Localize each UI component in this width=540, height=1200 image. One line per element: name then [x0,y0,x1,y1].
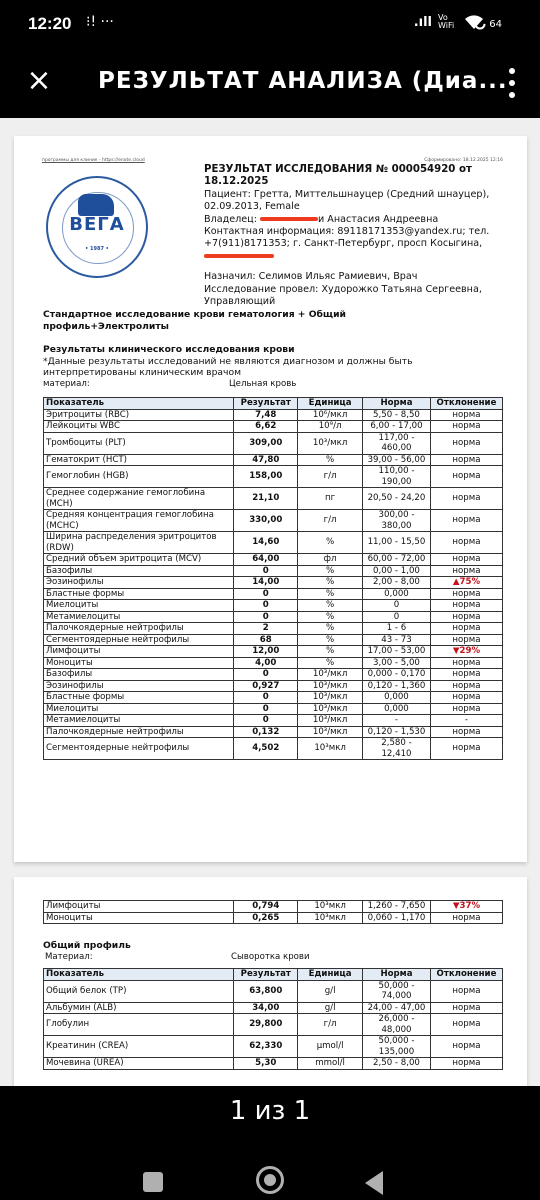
cell-unit: 10³/мкл [298,692,363,704]
cell-unit: 10³/мкл [298,726,363,738]
cell-unit: 10³/мкл [298,680,363,692]
cell-unit: % [298,454,363,466]
cell-name: Лейкоциты WBC [44,421,234,433]
cell-result: 0,132 [234,726,298,738]
cell-result: 158,00 [234,466,298,488]
cell-name: Гематокрит (HCT) [44,454,234,466]
table-row: Бластные формы010³/мкл0,000норма [44,692,503,704]
pdf-page-2: Лимфоциты0,79410³мкл1,260 - 7,650▼37%Мон… [14,877,527,1086]
cell-result: 4,00 [234,657,298,669]
table-row: Средний объем эритроцита (MCV)64,00фл60,… [44,554,503,566]
cell-name: Тромбоциты (PLT) [44,432,234,454]
cell-name: Палочкоядерные нейтрофилы [44,726,234,738]
cell-name: Ширина распределения эритроцитов (RDW) [44,532,234,554]
cell-norm: 5,50 - 8,50 [363,409,431,421]
cell-name: Моноциты [44,912,234,924]
cell-result: 12,00 [234,646,298,658]
logo-year: • 1987 • [48,246,146,252]
owner-info: Владелец: и Анастасия Андреевна [204,214,514,226]
status-bar: 12:20 ⁝! ··· .ıll Vo WiFi 64 [0,0,540,50]
cell-result: 0 [234,600,298,612]
notification-icons: ⁝! ··· [86,14,114,30]
cell-unit: % [298,634,363,646]
cell-dev: норма [430,1014,502,1036]
cell-dev: норма [430,588,502,600]
cell-unit: 10⁶/мкл [298,409,363,421]
redaction-mark [260,217,318,221]
cell-result: 330,00 [234,510,298,532]
contact-info-2: +7(911)8171353; г. Санкт-Петербург, прос… [204,238,514,250]
cell-norm: 43 - 73 [363,634,431,646]
profile-results-table: ПоказательРезультатЕдиницаНормаОтклонени… [43,968,503,1070]
recents-button[interactable] [143,1172,163,1192]
cell-norm: 17,00 - 53,00 [363,646,431,658]
address-redacted [204,251,514,263]
battery-level: 64 [489,19,502,30]
table-row: Гематокрит (HCT)47,80%39,00 - 56,00норма [44,454,503,466]
cell-result: 29,800 [234,1014,298,1036]
cell-dev: норма [430,600,502,612]
cell-result: 14,60 [234,532,298,554]
cell-result: 7,48 [234,409,298,421]
signal-icon: .ıll [414,15,432,30]
section-title: Результаты клинического исследования кро… [43,344,412,356]
dog-silhouette-icon [78,194,114,216]
cell-result: 64,00 [234,554,298,566]
cell-unit: % [298,577,363,589]
study-title: Стандартное исследование крови гематолог… [43,309,346,332]
cell-unit: 10³/мкл [298,703,363,715]
cell-norm: 1,260 - 7,650 [363,901,431,913]
cell-dev: норма [430,565,502,577]
cell-name: Палочкоядерные нейтрофилы [44,623,234,635]
column-header: Норма [363,398,431,410]
cell-result: 62,330 [234,1036,298,1058]
cell-result: 309,00 [234,432,298,454]
formed-date: Сформировано: 18.12.2025 12:16 [424,158,503,163]
table-row: Базофилы010³/мкл0,000 - 0,170норма [44,669,503,681]
cell-unit: г/л [298,1014,363,1036]
table-row: Глобулин29,800г/л26,000 - 48,000норма [44,1014,503,1036]
cell-result: 6,62 [234,421,298,433]
report-date: 18.12.2025 [204,176,514,188]
program-link[interactable]: программы для клиник - https://enote.clo… [42,158,145,163]
table-row: Средняя концентрация гемоглобина (MCHC)3… [44,510,503,532]
cell-norm: 3,00 - 5,00 [363,657,431,669]
cell-norm: 1 - 6 [363,623,431,635]
logo-name: ВЕГА [48,214,146,235]
cell-name: Бластные формы [44,588,234,600]
bottom-bar: 1 из 1 [0,1086,540,1200]
cell-result: 0,794 [234,901,298,913]
cell-dev: норма [430,703,502,715]
cell-dev: норма [430,738,502,760]
cell-name: Эритроциты (RBC) [44,409,234,421]
cell-result: 21,10 [234,488,298,510]
cell-unit: % [298,588,363,600]
disclaimer: *Данные результаты исследований не являю… [43,356,412,368]
cell-dev: норма [430,611,502,623]
table-row: Альбумин (ALB)34,00g/l24,00 - 47,00норма [44,1002,503,1014]
cell-result: 0 [234,715,298,727]
cell-norm: 0,060 - 1,170 [363,912,431,924]
cell-dev: норма [430,554,502,566]
column-header: Показатель [44,398,234,410]
blood-results-table: ПоказательРезультатЕдиницаНормаОтклонени… [43,397,503,760]
cell-dev: ▼37% [430,901,502,913]
cell-unit: % [298,611,363,623]
cell-result: 68 [234,634,298,646]
section-general-profile: Общий профиль Материал: Сыворотка крови [43,940,310,963]
cell-norm: 0,120 - 1,360 [363,680,431,692]
table-row: Общий белок (TP)63,800g/l50,000 - 74,000… [44,980,503,1002]
cell-result: 0 [234,669,298,681]
table-row: Палочкоядерные нейтрофилы2%1 - 6норма [44,623,503,635]
cell-name: Моноциты [44,657,234,669]
more-options-button[interactable] [508,68,516,98]
cell-unit: г/л [298,510,363,532]
cell-unit: 10⁹/л [298,421,363,433]
cell-dev: норма [430,488,502,510]
column-header: Норма [363,969,431,981]
cell-dev: норма [430,466,502,488]
cell-unit: 10³мкл [298,901,363,913]
table-row: Базофилы0%0,00 - 1,00норма [44,565,503,577]
cell-name: Лимфоциты [44,646,234,658]
cell-unit: г/л [298,466,363,488]
document-title: РЕЗУЛЬТАТ АНАЛИЗА (Диа... [98,68,508,94]
table-row: Бластные формы0%0,000норма [44,588,503,600]
cell-norm: 2,50 - 8,00 [363,1058,431,1070]
cell-dev: норма [430,1058,502,1070]
table-row: Сегментоядерные нейтрофилы4,50210³мкл2,5… [44,738,503,760]
close-icon: × [26,63,51,98]
cell-result: 2 [234,623,298,635]
cell-norm: 0 [363,600,431,612]
cell-norm: 20,50 - 24,20 [363,488,431,510]
cell-name: Базофилы [44,565,234,577]
table-row: Лимфоциты0,79410³мкл1,260 - 7,650▼37% [44,901,503,913]
cell-dev: норма [430,421,502,433]
cell-dev: - [430,715,502,727]
cell-result: 63,800 [234,980,298,1002]
cell-name: Лимфоциты [44,901,234,913]
cell-unit: 10³мкл [298,738,363,760]
table-row: Эритроциты (RBC)7,4810⁶/мкл5,50 - 8,50но… [44,409,503,421]
blood-results-table-continued: Лимфоциты0,79410³мкл1,260 - 7,650▼37%Мон… [43,900,503,924]
cell-dev: ▲75% [430,577,502,589]
cell-dev: норма [430,623,502,635]
table-row: Сегментоядерные нейтрофилы68%43 - 73норм… [44,634,503,646]
cell-unit: пг [298,488,363,510]
battery-icon: 64 [474,18,502,30]
cell-dev: норма [430,432,502,454]
cell-unit: 10³/мкл [298,432,363,454]
cell-dev: норма [430,680,502,692]
cell-name: Креатинин (CREA) [44,1036,234,1058]
redaction-mark [204,254,274,258]
cell-dev: норма [430,912,502,924]
cell-name: Сегментоядерные нейтрофилы [44,738,234,760]
cell-norm: 24,00 - 47,00 [363,1002,431,1014]
cell-name: Гемоглобин (HGB) [44,466,234,488]
material-row: материал: Цельная кровь [43,379,412,391]
table-row: Палочкоядерные нейтрофилы0,13210³/мкл0,1… [44,726,503,738]
cell-name: Общий белок (TP) [44,980,234,1002]
cell-name: Бластные формы [44,692,234,704]
clinic-logo: ВЕГА • 1987 • [46,176,148,278]
cell-norm: 0 [363,611,431,623]
cell-result: 0 [234,565,298,577]
pdf-viewer[interactable]: программы для клиник - https://enote.clo… [0,118,540,1086]
table-row: Лимфоциты12,00%17,00 - 53,00▼29% [44,646,503,658]
cell-result: 0 [234,692,298,704]
cell-name: Сегментоядерные нейтрофилы [44,634,234,646]
cell-unit: mmol/l [298,1058,363,1070]
cell-norm: 0,000 [363,588,431,600]
cell-dev: норма [430,726,502,738]
cell-dev: норма [430,454,502,466]
cell-name: Метамиелоциты [44,611,234,623]
table-row: Метамиелоциты010³/мкл-- [44,715,503,727]
section-clinical: Результаты клинического исследования кро… [43,344,412,390]
cell-result: 34,00 [234,1002,298,1014]
column-header: Показатель [44,969,234,981]
cell-unit: % [298,623,363,635]
cell-dev: норма [430,1002,502,1014]
cell-unit: 10³/мкл [298,669,363,681]
cell-norm: 300,00 - 380,00 [363,510,431,532]
cell-result: 0,265 [234,912,298,924]
cell-dev: норма [430,692,502,704]
table-row: Лейкоциты WBC6,6210⁹/л6,00 - 17,00норма [44,421,503,433]
cell-norm: 2,00 - 8,00 [363,577,431,589]
pdf-page-1: программы для клиник - https://enote.clo… [14,136,527,862]
table-row: Метамиелоциты0%0норма [44,611,503,623]
cell-norm: 26,000 - 48,000 [363,1014,431,1036]
material-row: Материал: Сыворотка крови [43,952,310,964]
cell-name: Метамиелоциты [44,715,234,727]
dot-icon [509,68,515,74]
column-header: Отклонение [430,398,502,410]
back-button[interactable] [365,1171,383,1195]
table-row: Гемоглобин (HGB)158,00г/л110,00 - 190,00… [44,466,503,488]
cell-result: 5,30 [234,1058,298,1070]
table-row: Моноциты4,00%3,00 - 5,00норма [44,657,503,669]
cell-norm: - [363,715,431,727]
vowifi-icon: Vo WiFi [438,14,458,30]
cell-norm: 0,120 - 1,530 [363,726,431,738]
cell-unit: % [298,657,363,669]
table-header: ПоказательРезультатЕдиницаНормаОтклонени… [44,398,503,410]
cell-name: Эозинофилы [44,577,234,589]
cell-dev: норма [430,657,502,669]
cell-result: 0 [234,611,298,623]
cell-unit: фл [298,554,363,566]
performed-by-2: Управляющий [204,296,514,308]
clock: 12:20 [28,14,71,34]
cell-unit: 10³/мкл [298,715,363,727]
close-button[interactable]: × [24,64,54,98]
cell-unit: 10³мкл [298,912,363,924]
column-header: Единица [298,969,363,981]
table-row: Миелоциты0%0норма [44,600,503,612]
table-header: ПоказательРезультатЕдиницаНормаОтклонени… [44,969,503,981]
cell-dev: норма [430,1036,502,1058]
patient-info-2: 02.09.2013, Female [204,201,514,213]
cell-result: 14,00 [234,577,298,589]
cell-unit: % [298,600,363,612]
report-title: РЕЗУЛЬТАТ ИССЛЕДОВАНИЯ № 000054920 от [204,164,514,176]
cell-name: Эозинофилы [44,680,234,692]
table-row: Миелоциты010³/мкл0,000норма [44,703,503,715]
cell-name: Мочевина (UREA) [44,1058,234,1070]
table-row: Ширина распределения эритроцитов (RDW)14… [44,532,503,554]
page-indicator: 1 из 1 [0,1096,540,1126]
cell-dev: норма [430,510,502,532]
table-row: Среднее содержание гемоглобина (MCH)21,1… [44,488,503,510]
cell-dev: норма [430,669,502,681]
cell-norm: 0,000 - 0,170 [363,669,431,681]
contact-info: Контактная информация: 89118171353@yande… [204,226,514,238]
cell-norm: 6,00 - 17,00 [363,421,431,433]
home-button[interactable] [256,1166,284,1194]
cell-name: Миелоциты [44,703,234,715]
cell-unit: % [298,565,363,577]
table-row: Тромбоциты (PLT)309,0010³/мкл117,00 - 46… [44,432,503,454]
cell-result: 0 [234,703,298,715]
column-header: Единица [298,398,363,410]
disclaimer-2: интерпретированы клиническим врачом [43,367,412,379]
table-row: Эозинофилы14,00%2,00 - 8,00▲75% [44,577,503,589]
cell-norm: 60,00 - 72,00 [363,554,431,566]
assigned-by: Назначил: Селимов Ильяс Рамиевич, Врач [204,271,514,283]
cell-dev: норма [430,532,502,554]
cell-unit: % [298,646,363,658]
cell-dev: ▼29% [430,646,502,658]
cell-dev: норма [430,634,502,646]
column-header: Отклонение [430,969,502,981]
cell-result: 47,80 [234,454,298,466]
cell-unit: µmol/l [298,1036,363,1058]
cell-norm: 39,00 - 56,00 [363,454,431,466]
cell-norm: 2,580 - 12,410 [363,738,431,760]
column-header: Результат [234,969,298,981]
cell-result: 4,502 [234,738,298,760]
dot-icon [509,80,515,86]
cell-norm: 110,00 - 190,00 [363,466,431,488]
cell-dev: норма [430,409,502,421]
cell-norm: 117,00 - 460,00 [363,432,431,454]
cell-norm: 0,000 [363,703,431,715]
cell-name: Миелоциты [44,600,234,612]
section-title: Общий профиль [43,940,310,952]
cell-norm: 11,00 - 15,50 [363,532,431,554]
app-toolbar: × РЕЗУЛЬТАТ АНАЛИЗА (Диа... [0,50,540,116]
cell-name: Альбумин (ALB) [44,1002,234,1014]
cell-name: Базофилы [44,669,234,681]
column-header: Результат [234,398,298,410]
table-row: Мочевина (UREA)5,30mmol/l2,50 - 8,00норм… [44,1058,503,1070]
cell-name: Среднее содержание гемоглобина (MCH) [44,488,234,510]
cell-name: Средняя концентрация гемоглобина (MCHC) [44,510,234,532]
table-row: Эозинофилы0,92710³/мкл0,120 - 1,360норма [44,680,503,692]
cell-result: 0,927 [234,680,298,692]
dot-icon [509,92,515,98]
cell-norm: 0,00 - 1,00 [363,565,431,577]
patient-info: Пациент: Гретта, Миттельшнауцер (Средний… [204,189,514,201]
cell-name: Глобулин [44,1014,234,1036]
cell-unit: % [298,532,363,554]
cell-unit: g/l [298,980,363,1002]
cell-name: Средний объем эритроцита (MCV) [44,554,234,566]
cell-norm: 50,000 - 74,000 [363,980,431,1002]
report-header: РЕЗУЛЬТАТ ИССЛЕДОВАНИЯ № 000054920 от 18… [204,164,514,308]
cell-norm: 50,000 - 135,000 [363,1036,431,1058]
performed-by: Исследование провел: Худорожко Татьяна С… [204,284,514,296]
table-row: Моноциты0,26510³мкл0,060 - 1,170норма [44,912,503,924]
table-row: Креатинин (CREA)62,330µmol/l50,000 - 135… [44,1036,503,1058]
cell-unit: g/l [298,1002,363,1014]
cell-dev: норма [430,980,502,1002]
cell-norm: 0,000 [363,692,431,704]
cell-result: 0 [234,588,298,600]
